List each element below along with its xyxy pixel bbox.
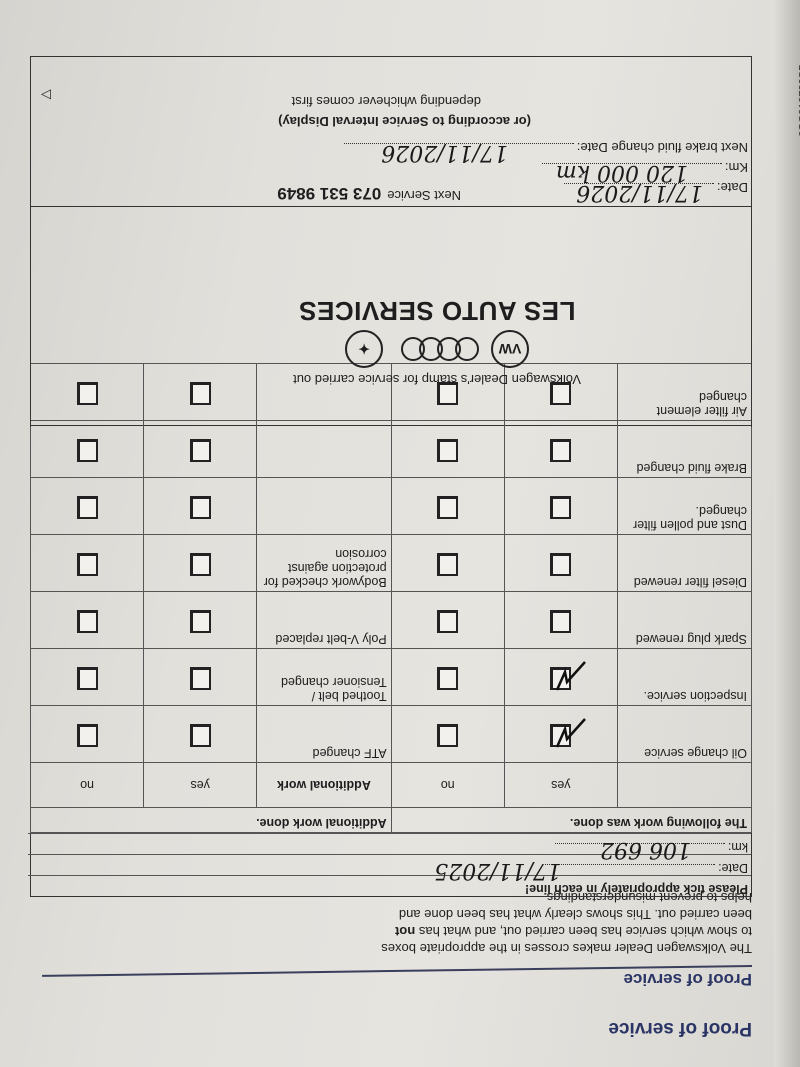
checkbox-no-additional[interactable] [77, 496, 98, 519]
next-service-box: Next Service 073 531 9849 Date: 17/11/20… [30, 56, 752, 207]
next-service-heading: Next Service [387, 183, 461, 203]
additional-item-label [257, 478, 391, 535]
audi-rings-icon [401, 337, 473, 361]
service-item-label: Oil change service [617, 706, 751, 763]
service-item-label: Spark plug renewed [617, 592, 751, 649]
page-binding-shadow [774, 0, 800, 1067]
dealer-name: LES AUTO SERVICES [293, 295, 581, 326]
additional-item-label: Poly V-belt replaced [257, 592, 391, 649]
additional-item-label: ATF changed [257, 706, 391, 763]
checkbox-yes-additional[interactable] [190, 667, 211, 690]
next-km-label: Km: [725, 160, 748, 175]
service-item-label: Dust and pollen filter changed. [617, 478, 751, 535]
intro-text: The Volkswagen Dealer makes crosses in t… [372, 889, 752, 957]
checkbox-yes-additional[interactable] [190, 553, 211, 576]
vw-logo-icon: VW [491, 330, 529, 368]
mercedes-star-icon: ✦ [345, 330, 383, 368]
brake-fluid-value[interactable]: 17/11/2026 [381, 140, 508, 165]
intro-emphasis: not [395, 924, 415, 939]
date-value[interactable]: 17/11/2025 [434, 858, 561, 883]
checkbox-yes[interactable] [550, 439, 571, 462]
service-record-box: Please tick appropriately in each line! … [30, 425, 752, 897]
checkbox-no-additional[interactable] [77, 439, 98, 462]
table-row: Spark plug renewedPoly V-belt replaced [31, 592, 752, 649]
table-row: Oil change serviceATF changed [31, 706, 752, 763]
service-book-page: Proof of service Proof of service The Vo… [0, 0, 800, 1067]
col-no-additional: no [31, 763, 144, 808]
km-value[interactable]: 106 692 [600, 837, 691, 862]
checkbox-no[interactable] [437, 667, 458, 690]
handwritten-tick-icon [551, 717, 587, 751]
checkbox-yes-additional[interactable] [190, 610, 211, 633]
right-section-header: Additional work done. [31, 808, 392, 833]
checkbox-yes[interactable] [550, 667, 571, 690]
next-km-value[interactable]: 120 000 km [556, 160, 688, 185]
intro-part: The Volkswagen Dealer makes crosses in t… [381, 924, 752, 956]
additional-item-label: Toothed belt / Tensioner changed [257, 649, 391, 706]
col-yes-additional: yes [144, 763, 257, 808]
dealer-phone: 073 531 9849 [277, 183, 381, 203]
left-section-header: The following work was done. [391, 808, 751, 833]
interval-note: (or according to Service Interval Displa… [278, 114, 531, 129]
km-row: km: 106 692 [28, 833, 751, 854]
whichever-note: depending whichever comes first [292, 94, 481, 109]
checkbox-yes[interactable] [550, 553, 571, 576]
next-km-row: Km: 120 000 km [542, 160, 748, 175]
left-header-label [617, 763, 751, 808]
date-label: Date: [718, 861, 748, 875]
service-item-label: Inspection service. [617, 649, 751, 706]
checkbox-no[interactable] [437, 439, 458, 462]
checkbox-yes[interactable] [550, 496, 571, 519]
service-item-label: Brake fluid changed [617, 421, 751, 478]
checkbox-no[interactable] [437, 496, 458, 519]
handwritten-tick-icon [551, 660, 587, 694]
checkbox-yes-additional[interactable] [190, 439, 211, 462]
brake-fluid-label: Next brake fluid change Date: [577, 140, 748, 155]
checkbox-no-additional[interactable] [77, 553, 98, 576]
checkbox-no-additional[interactable] [77, 667, 98, 690]
checkbox-no[interactable] [437, 724, 458, 747]
checkbox-no[interactable] [437, 553, 458, 576]
checkbox-no[interactable] [437, 610, 458, 633]
checkbox-yes-additional[interactable] [190, 496, 211, 519]
service-checklist-table: The following work was done.Additional w… [30, 363, 752, 833]
instruction-row: Please tick appropriately in each line! [28, 875, 751, 896]
col-yes: yes [504, 763, 617, 808]
brake-fluid-row: Next brake fluid change Date: 17/11/2026 [344, 140, 748, 155]
additional-item-label: Bodywork checked for protection against … [257, 535, 391, 592]
stamp-caption: Volkswagen Dealer's stamp for service ca… [293, 372, 581, 387]
table-row: Brake fluid changed [31, 421, 752, 478]
col-no: no [391, 763, 504, 808]
service-item-label: Diesel filter renewed [617, 535, 751, 592]
dealer-stamp: Volkswagen Dealer's stamp for service ca… [293, 295, 581, 387]
km-label: km: [728, 840, 748, 854]
next-date-label: Date: [717, 180, 748, 195]
additional-work-header: Additional work [257, 763, 391, 808]
table-row: Inspection service.Toothed belt / Tensio… [31, 649, 752, 706]
next-service-header: Next Service 073 531 9849 [277, 183, 461, 203]
checkbox-no-additional[interactable] [77, 610, 98, 633]
page-title: Proof of service [608, 1017, 752, 1039]
instruction-text: Please tick appropriately in each line! [525, 882, 748, 896]
checkbox-no-additional[interactable] [77, 724, 98, 747]
checkbox-yes-additional[interactable] [190, 724, 211, 747]
checkbox-yes[interactable] [550, 724, 571, 747]
dealer-stamp-area: Volkswagen Dealer's stamp for service ca… [30, 206, 752, 427]
checkbox-yes[interactable] [550, 610, 571, 633]
stamp-logos: VW ✦ [293, 330, 581, 368]
section-title: Proof of service [624, 969, 753, 989]
table-row: Dust and pollen filter changed. [31, 478, 752, 535]
additional-item-label [257, 421, 391, 478]
table-row: Diesel filter renewedBodywork checked fo… [31, 535, 752, 592]
next-page-arrow-icon: ▷ [41, 87, 51, 103]
